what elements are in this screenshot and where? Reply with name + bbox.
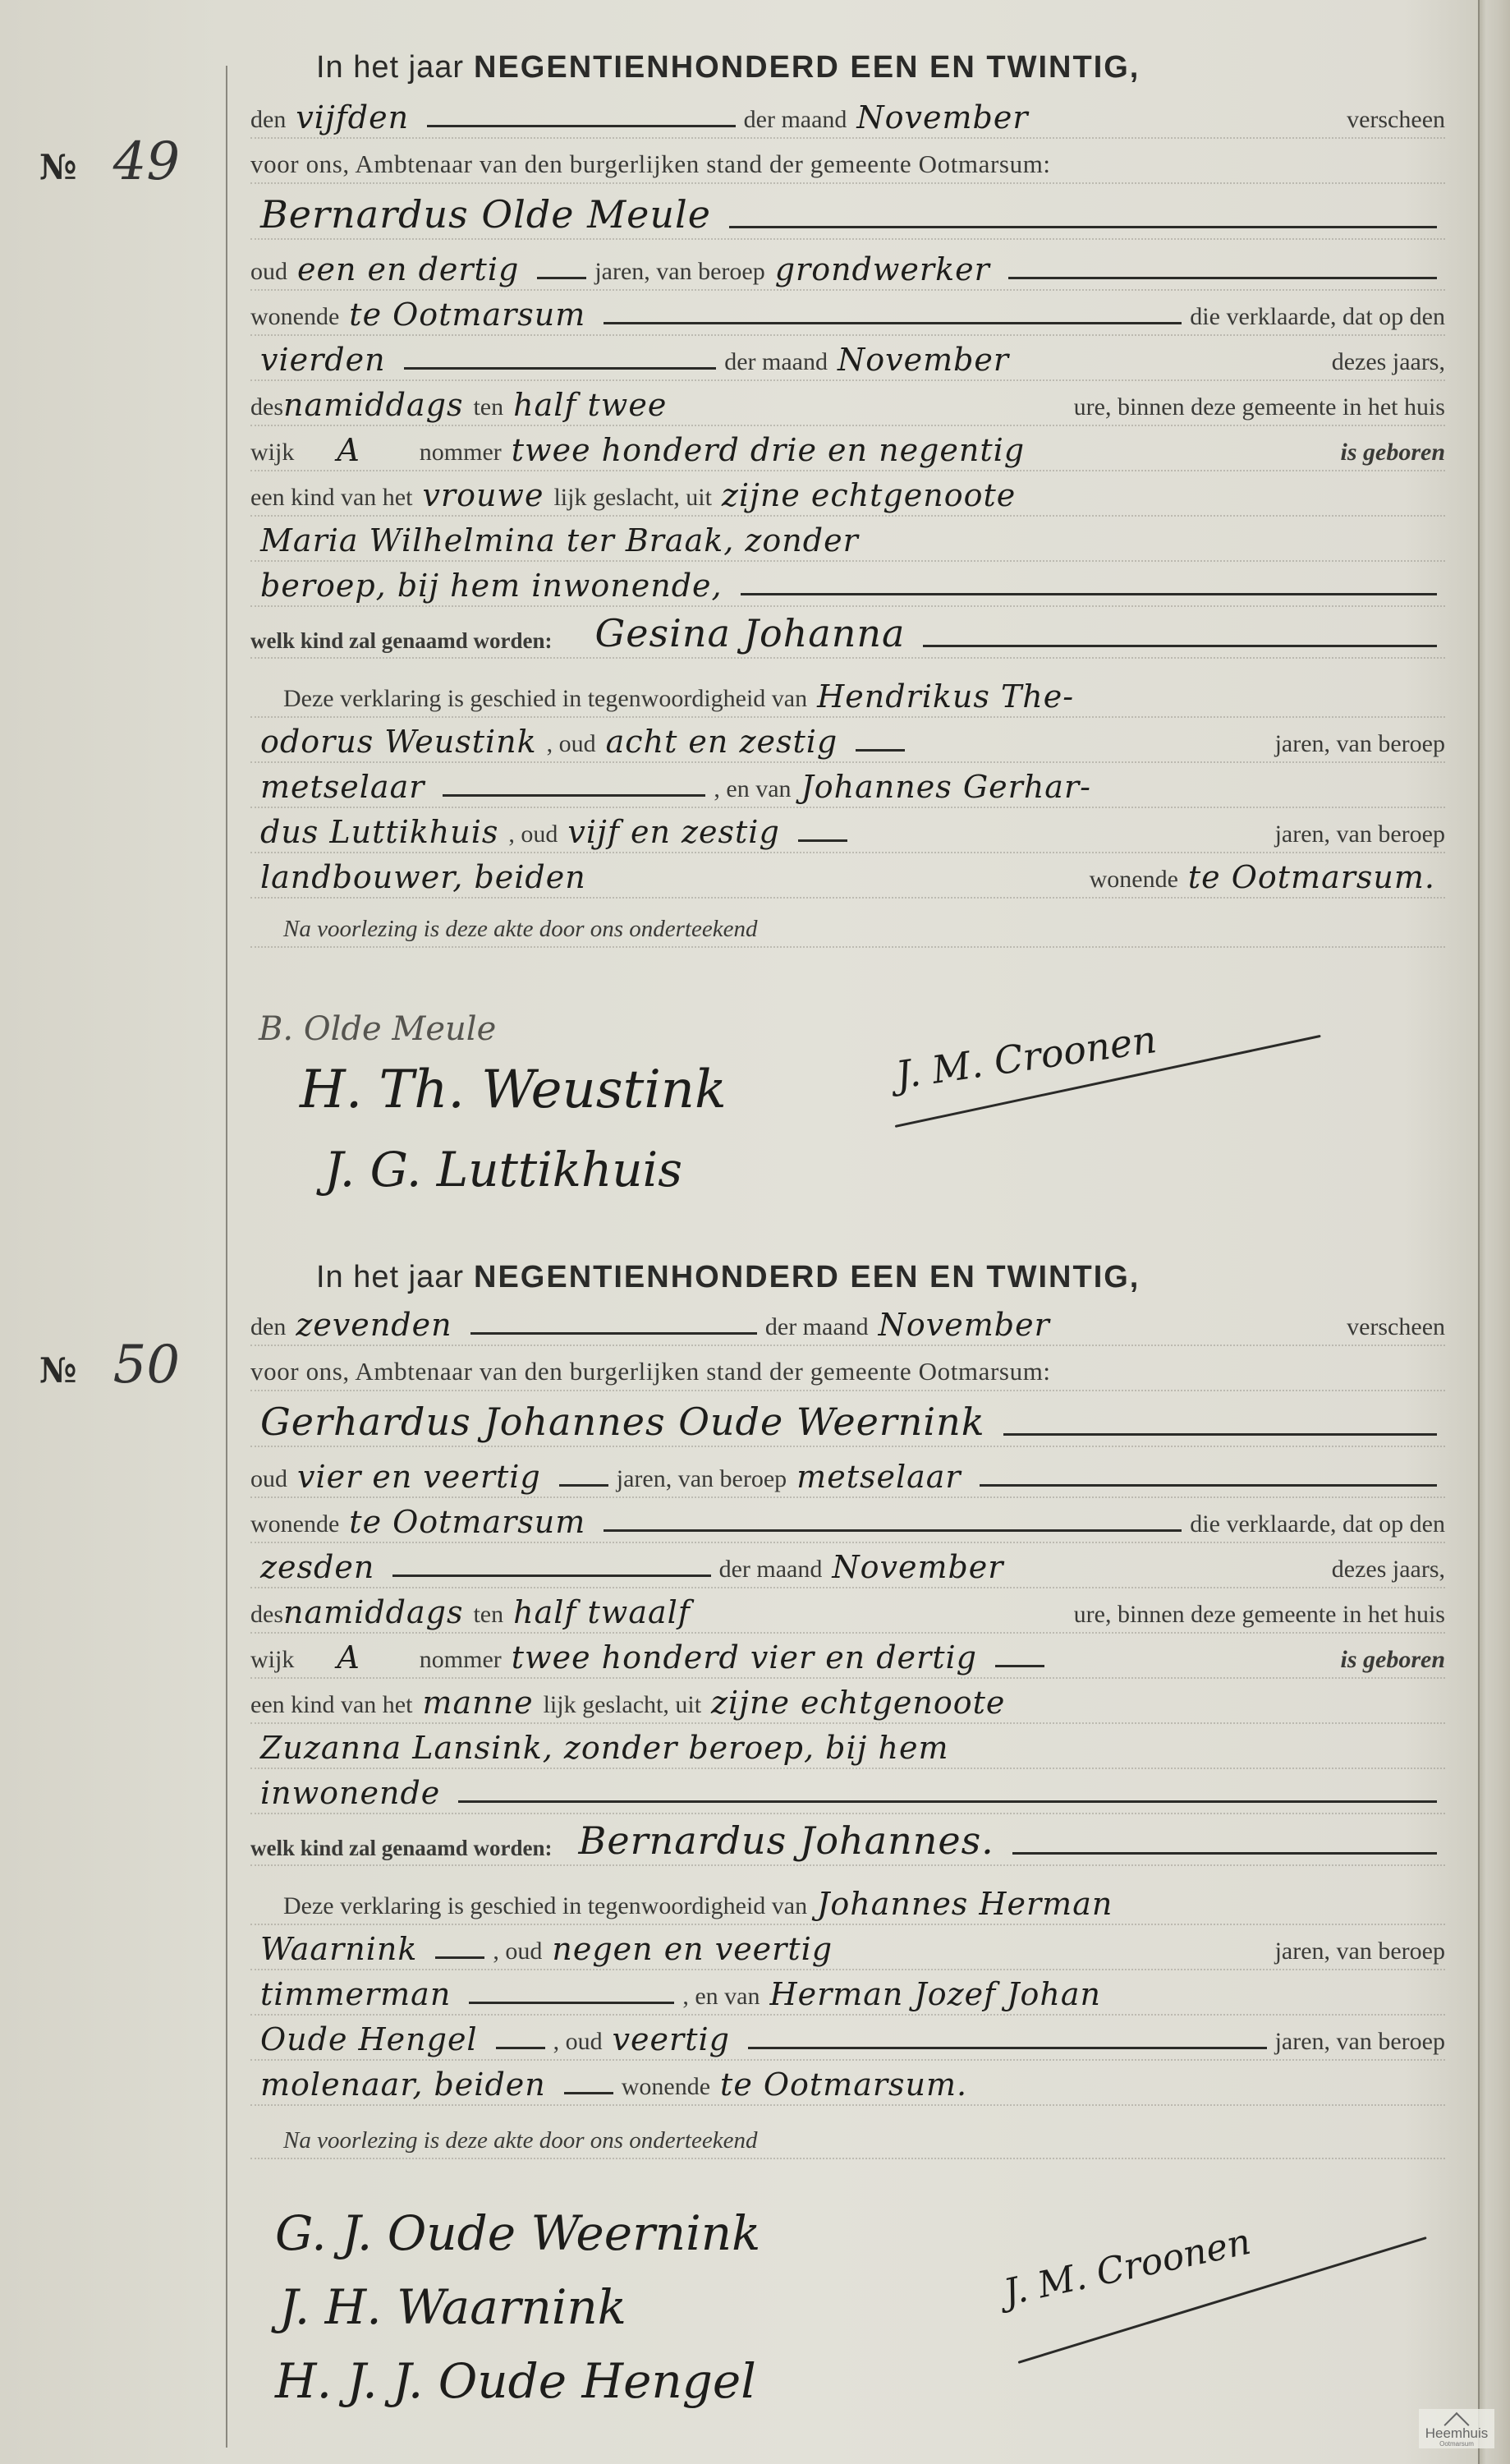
line-birth-time: des namiddags ten half twaalf ure, binne… bbox=[250, 1589, 1445, 1634]
label-oud: , oud bbox=[493, 1938, 542, 1969]
label-den: den bbox=[250, 1313, 286, 1345]
fill-dash bbox=[1012, 1852, 1437, 1855]
fill-dash bbox=[980, 1484, 1437, 1487]
heading-year: NEGENTIENHONDERD EEN EN TWINTIG, bbox=[474, 1260, 1140, 1295]
act-heading: In het jaar NEGENTIENHONDERD EEN EN TWIN… bbox=[250, 43, 1445, 85]
line-witness1-occ: timmerman , en van Herman Jozef Johan bbox=[250, 1971, 1445, 2016]
line-date-appearance: den vijfden der maand November verscheen bbox=[250, 94, 1445, 139]
child-sex: manne bbox=[412, 1685, 543, 1722]
margin-rule bbox=[226, 66, 227, 2448]
line-birth-date: vierden der maand November dezes jaars, bbox=[250, 337, 1445, 381]
label-verscheen: verscheen bbox=[1347, 1313, 1445, 1345]
line-declarant-residence: wonende te Ootmarsum die verklaarde, dat… bbox=[250, 1499, 1445, 1543]
fill-dash bbox=[404, 367, 717, 370]
line-mother: Zuzanna Lansink, zonder beroep, bij hem bbox=[250, 1725, 1445, 1769]
fill-dash bbox=[1003, 1433, 1437, 1436]
line-birth-time: des namiddags ten half twee ure, binnen … bbox=[250, 382, 1445, 426]
act-number-value: 50 bbox=[113, 1335, 180, 1395]
witness1-age: negen en veertig bbox=[542, 1931, 842, 1969]
witness1-name-cont: odorus Weustink bbox=[250, 724, 547, 761]
label-oud: , oud bbox=[553, 2028, 603, 2059]
witness2-name-cont: dus Luttikhuis bbox=[250, 814, 508, 852]
fill-dash bbox=[923, 645, 1437, 647]
label-wonende: wonende bbox=[250, 303, 339, 334]
label-oud: , oud bbox=[508, 821, 558, 852]
line-child-sex: een kind van het vrouwe lijk geslacht, u… bbox=[250, 472, 1445, 517]
label-wijk: wijk bbox=[250, 1646, 294, 1677]
declarant-residence: te Ootmarsum bbox=[339, 297, 595, 334]
witness1-occupation: metselaar bbox=[250, 769, 434, 807]
line-witness1-occ: metselaar , en van Johannes Gerhar- bbox=[250, 764, 1445, 808]
label-ten: ten bbox=[473, 1601, 503, 1632]
line-official: voor ons, Ambtenaar van den burgerlijken… bbox=[250, 1347, 1445, 1391]
line-child-name: welk kind zal genaamd worden: Gesina Joh… bbox=[250, 608, 1445, 659]
birth-day: zesden bbox=[250, 1549, 384, 1587]
witness1-name: Johannes Herman bbox=[807, 1886, 1122, 1924]
fill-dash bbox=[469, 2002, 674, 2004]
label-kind-van-het: een kind van het bbox=[250, 1691, 412, 1722]
label-month: der maand bbox=[719, 1556, 823, 1587]
label-ure: ure, binnen deze gemeente in het huis bbox=[1074, 393, 1445, 425]
line-declarant-age: oud vier en veertig jaren, van beroep me… bbox=[250, 1454, 1445, 1498]
fill-dash bbox=[1008, 277, 1437, 279]
label-ure: ure, binnen deze gemeente in het huis bbox=[1074, 1601, 1445, 1632]
child-sex: vrouwe bbox=[412, 477, 553, 515]
label-ten: ten bbox=[473, 393, 503, 425]
birth-month: November bbox=[828, 342, 1019, 379]
number-sign: № bbox=[39, 1350, 77, 1391]
signature-witness2: H. J. J. Oude Hengel bbox=[275, 2353, 756, 2409]
signature-witness1: H. Th. Weustink bbox=[300, 1060, 727, 1120]
appearance-day: zevenden bbox=[286, 1307, 461, 1345]
declarant-name: Gerhardus Johannes Oude Weernink bbox=[250, 1400, 995, 1446]
label-month: der maand bbox=[724, 348, 828, 379]
label-geslacht: lijk geslacht, uit bbox=[544, 1691, 701, 1722]
line-declarant: Gerhardus Johannes Oude Weernink bbox=[250, 1396, 1445, 1447]
label-des: des bbox=[250, 1601, 283, 1632]
fill-dash bbox=[458, 1800, 1437, 1803]
line-witness2: Oude Hengel , oud veertig jaren, van ber… bbox=[250, 2016, 1445, 2061]
label-wonende: wonende bbox=[1090, 866, 1178, 897]
signature-witness1: J. H. Waarnink bbox=[279, 2279, 626, 2335]
heading-prefix: In het jaar bbox=[316, 50, 464, 85]
label-child-name: welk kind zal genaamd worden: bbox=[250, 1836, 553, 1864]
label-wijk: wijk bbox=[250, 439, 294, 470]
witness2-name: Johannes Gerhar- bbox=[792, 769, 1101, 807]
label-occupation: jaren, van beroep bbox=[1275, 730, 1445, 761]
declarant-age: een en dertig bbox=[287, 251, 529, 289]
appearance-month: November bbox=[847, 99, 1038, 137]
line-declarant-age: oud een en dertig jaren, van beroep gron… bbox=[250, 246, 1445, 291]
official-text: voor ons, Ambtenaar van den burgerlijken… bbox=[250, 149, 1051, 182]
label-occupation: jaren, van beroep bbox=[1275, 821, 1445, 852]
line-child-name: welk kind zal genaamd worden: Bernardus … bbox=[250, 1815, 1445, 1866]
signature-witness2: J. G. Luttikhuis bbox=[324, 1142, 682, 1198]
label-wonende: wonende bbox=[250, 1510, 339, 1542]
label-occupation: jaren, van beroep bbox=[1275, 2028, 1445, 2059]
mother-details: beroep, bij hem inwonende, bbox=[250, 568, 732, 605]
label-en-van: , en van bbox=[682, 1983, 760, 2014]
label-den: den bbox=[250, 106, 286, 137]
fill-dash bbox=[995, 1665, 1044, 1667]
label-signed: Na voorlezing is deze akte door ons onde… bbox=[283, 916, 757, 946]
label-kind-van-het: een kind van het bbox=[250, 484, 412, 515]
label-verklaarde: die verklaarde, dat op den bbox=[1190, 303, 1445, 334]
witness2-occupation: landbouwer, beiden bbox=[250, 859, 596, 897]
label-oud: oud bbox=[250, 258, 287, 289]
line-witness1: odorus Weustink , oud acht en zestig jar… bbox=[250, 719, 1445, 763]
line-witness2-occ: molenaar, beiden wonende te Ootmarsum. bbox=[250, 2062, 1445, 2106]
birth-daypart: namiddags bbox=[283, 387, 473, 425]
line-declarant-residence: wonende te Ootmarsum die verklaarde, dat… bbox=[250, 292, 1445, 336]
line-birth-address: wijk A nommer twee honderd vier en derti… bbox=[250, 1634, 1445, 1679]
witnesses-residence: te Ootmarsum. bbox=[1178, 859, 1445, 897]
label-verscheen: verscheen bbox=[1347, 106, 1445, 137]
appearance-day: vijfden bbox=[286, 99, 419, 137]
birth-ward: A bbox=[327, 432, 369, 470]
witness1-name-cont: Waarnink bbox=[250, 1931, 427, 1969]
mother-name: Maria Wilhelmina ter Braak, zonder bbox=[250, 522, 869, 560]
heemhuis-watermark: Heemhuis Ootmarsum bbox=[1419, 2409, 1494, 2448]
heading-year: NEGENTIENHONDERD EEN EN TWINTIG, bbox=[474, 50, 1140, 85]
fill-dash bbox=[798, 839, 847, 842]
number-sign: № bbox=[39, 147, 77, 187]
witness2-name-cont: Oude Hengel bbox=[250, 2021, 488, 2059]
declarant-residence: te Ootmarsum bbox=[339, 1504, 595, 1542]
label-witnesses: Deze verklaring is geschied in tegenwoor… bbox=[283, 1892, 807, 1924]
label-child-name: welk kind zal genaamd worden: bbox=[250, 628, 553, 657]
fill-dash bbox=[856, 749, 905, 752]
act-number-value: 49 bbox=[113, 131, 180, 192]
fill-dash bbox=[496, 2047, 545, 2049]
line-witness-intro: Deze verklaring is geschied in tegenwoor… bbox=[250, 673, 1445, 718]
line-signed: Na voorlezing is deze akte door ons onde… bbox=[250, 2115, 1445, 2159]
label-occupation: jaren, van beroep bbox=[594, 258, 764, 289]
label-nommer: nommer bbox=[420, 439, 502, 470]
birth-daypart: namiddags bbox=[283, 1594, 473, 1632]
label-oud: , oud bbox=[547, 730, 596, 761]
fill-dash bbox=[604, 1529, 1182, 1532]
label-oud: oud bbox=[250, 1465, 287, 1496]
signature-declarant: B. Olde Meule bbox=[259, 1010, 496, 1048]
label-occupation: jaren, van beroep bbox=[617, 1465, 787, 1496]
witness2-occupation: molenaar, beiden bbox=[250, 2066, 556, 2104]
birth-time: half twee bbox=[503, 387, 677, 425]
witness2-age: veertig bbox=[603, 2021, 740, 2059]
line-birth-address: wijk A nommer twee honderd drie en negen… bbox=[250, 427, 1445, 471]
label-en-van: , en van bbox=[714, 775, 791, 807]
label-dezes-jaars: dezes jaars, bbox=[1332, 348, 1445, 379]
fill-dash bbox=[392, 1574, 710, 1577]
line-mother-cont: beroep, bij hem inwonende, bbox=[250, 563, 1445, 607]
witness1-name: Hendrikus The- bbox=[807, 678, 1084, 716]
label-geslacht: lijk geslacht, uit bbox=[553, 484, 711, 515]
birth-month: November bbox=[822, 1549, 1013, 1587]
label-month: der maand bbox=[744, 106, 847, 137]
line-official: voor ons, Ambtenaar van den burgerlijken… bbox=[250, 140, 1445, 184]
declarant-occupation: grondwerker bbox=[765, 251, 1000, 289]
line-mother-cont: inwonende bbox=[250, 1770, 1445, 1814]
line-birth-date: zesden der maand November dezes jaars, bbox=[250, 1544, 1445, 1588]
act-number: № 50 bbox=[39, 1335, 180, 1395]
fill-dash bbox=[748, 2047, 1267, 2049]
label-signed: Na voorlezing is deze akte door ons onde… bbox=[283, 2127, 757, 2158]
act-number: № 49 bbox=[39, 131, 180, 192]
witness1-occupation: timmerman bbox=[250, 1976, 461, 2014]
fill-dash bbox=[564, 2092, 613, 2094]
declarant-age: vier en veertig bbox=[287, 1459, 551, 1496]
official-text: voor ons, Ambtenaar van den burgerlijken… bbox=[250, 1357, 1051, 1390]
witness2-name: Herman Jozef Johan bbox=[760, 1976, 1111, 2014]
fill-dash bbox=[741, 593, 1437, 595]
line-child-sex: een kind van het manne lijk geslacht, ui… bbox=[250, 1680, 1445, 1724]
fill-dash bbox=[537, 277, 586, 279]
declarant-name: Bernardus Olde Meule bbox=[250, 192, 721, 238]
book-page-edge bbox=[1478, 0, 1510, 2464]
mother-name: Zuzanna Lansink, zonder beroep, bij hem bbox=[250, 1730, 959, 1768]
birth-time: half twaalf bbox=[503, 1594, 700, 1632]
act-heading: In het jaar NEGENTIENHONDERD EEN EN TWIN… bbox=[250, 1253, 1445, 1295]
line-date-appearance: den zevenden der maand November verschee… bbox=[250, 1302, 1445, 1346]
fill-dash bbox=[559, 1484, 608, 1487]
mother-relation: zijne echtgenoote bbox=[712, 477, 1026, 515]
fill-dash bbox=[470, 1332, 757, 1335]
witnesses-residence: te Ootmarsum. bbox=[710, 2066, 977, 2104]
label-witnesses: Deze verklaring is geschied in tegenwoor… bbox=[283, 685, 807, 716]
label-is-geboren: is geboren bbox=[1341, 439, 1446, 470]
line-declarant: Bernardus Olde Meule bbox=[250, 189, 1445, 240]
label-dezes-jaars: dezes jaars, bbox=[1332, 1556, 1445, 1587]
label-verklaarde: die verklaarde, dat op den bbox=[1190, 1510, 1445, 1542]
label-is-geboren: is geboren bbox=[1341, 1646, 1446, 1677]
label-month: der maand bbox=[765, 1313, 869, 1345]
watermark-subtitle: Ootmarsum bbox=[1439, 2440, 1474, 2448]
line-witness1: Waarnink , oud negen en veertig jaren, v… bbox=[250, 1926, 1445, 1970]
line-signed: Na voorlezing is deze akte door ons onde… bbox=[250, 903, 1445, 948]
label-des: des bbox=[250, 393, 283, 425]
mother-relation: zijne echtgenoote bbox=[701, 1685, 1015, 1722]
fill-dash bbox=[443, 794, 705, 797]
label-occupation: jaren, van beroep bbox=[1275, 1938, 1445, 1969]
appearance-month: November bbox=[869, 1307, 1060, 1345]
child-name: Bernardus Johannes. bbox=[569, 1818, 1004, 1864]
witness2-age: vijf en zestig bbox=[558, 814, 789, 852]
birth-ward: A bbox=[327, 1639, 369, 1677]
birth-house-number: twee honderd drie en negentig bbox=[502, 432, 1035, 470]
fill-dash bbox=[427, 125, 736, 127]
fill-dash bbox=[729, 226, 1437, 228]
fill-dash bbox=[604, 322, 1182, 324]
birth-house-number: twee honderd vier en dertig bbox=[502, 1639, 987, 1677]
line-mother: Maria Wilhelmina ter Braak, zonder bbox=[250, 517, 1445, 562]
declarant-occupation: metselaar bbox=[787, 1459, 971, 1496]
label-nommer: nommer bbox=[420, 1646, 502, 1677]
fill-dash bbox=[435, 1956, 484, 1959]
child-name: Gesina Johanna bbox=[585, 611, 916, 657]
witness1-age: acht en zestig bbox=[596, 724, 848, 761]
birth-day: vierden bbox=[250, 342, 396, 379]
line-witness2: dus Luttikhuis , oud vijf en zestig jare… bbox=[250, 809, 1445, 853]
heading-prefix: In het jaar bbox=[316, 1260, 464, 1295]
line-witness-intro: Deze verklaring is geschied in tegenwoor… bbox=[250, 1881, 1445, 1925]
mother-details: inwonende bbox=[250, 1775, 450, 1813]
label-wonende: wonende bbox=[622, 2073, 710, 2104]
signature-declarant: G. J. Oude Weernink bbox=[275, 2205, 760, 2261]
line-witness2-occ: landbouwer, beiden wonende te Ootmarsum. bbox=[250, 854, 1445, 899]
